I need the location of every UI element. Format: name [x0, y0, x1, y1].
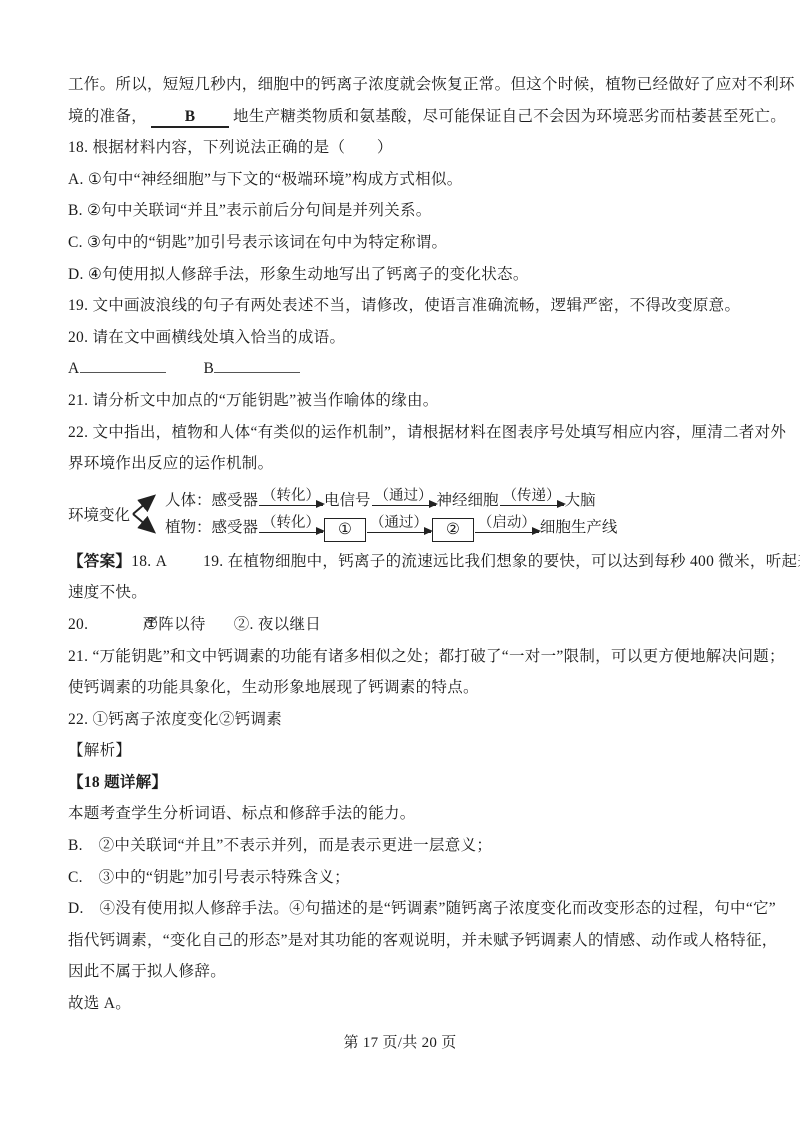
right-arrow-icon — [259, 505, 323, 506]
right-arrow-icon — [475, 532, 539, 533]
question-18-stem: 18. 根据材料内容，下列说法正确的是（ ） — [68, 132, 740, 164]
question-18-option-d: D. ④句使用拟人修辞手法，形象生动地写出了钙离子的变化状态。 — [68, 259, 740, 291]
arrow-convert: （转化） — [259, 516, 323, 538]
question-20-stem: 20. 请在文中画横线处填入恰当的成语。 — [68, 322, 740, 354]
analysis-option-d-line-1: D. ④没有使用拟人修辞手法。④句描述的是“钙调素”随钙离子浓度变化而改变形态的… — [68, 893, 740, 925]
answer-20: 20.①严阵以待②. 夜以继日 — [68, 609, 740, 641]
right-arrow-icon — [372, 505, 436, 506]
mechanism-diagram: 环境变化 人体：感受器 （转化） 电信号 （通过） 神经细胞 （传递） 大脑 — [68, 482, 740, 546]
question-20-blank-a-line — [80, 358, 166, 373]
question-19-stem: 19. 文中画波浪线的句子有两处表述不当，请修改，使语言准确流畅，逻辑严密，不得… — [68, 290, 740, 322]
diagram-box-1: ① — [324, 518, 366, 542]
diagram-human-row: 人体：感受器 （转化） 电信号 （通过） 神经细胞 （传递） 大脑 — [165, 489, 617, 511]
analysis-option-d-line-2: 指代钙调素，“变化自己的形态”是对其功能的客观说明，并未赋予钙调素人的情感、动作… — [68, 925, 740, 957]
answer-21-line-2: 使钙调素的功能具象化，生动形象地展现了钙调素的特点。 — [68, 672, 740, 704]
arrow-convert-label: （转化） — [259, 489, 323, 504]
analysis-option-d-line-3: 因此不属于拟人修辞。 — [68, 956, 740, 988]
analysis-option-c: C. ③中的“钥匙”加引号表示特殊含义； — [68, 862, 740, 894]
arrow-through: （通过） — [367, 516, 431, 538]
diagram-rows: 人体：感受器 （转化） 电信号 （通过） 神经细胞 （传递） 大脑 植物：感受器… — [165, 489, 617, 538]
analysis-intro: 本题考查学生分析词语、标点和修辞手法的能力。 — [68, 798, 740, 830]
question-20-blank-b-label: B — [204, 360, 215, 377]
diagram-plant-row: 植物：感受器 （转化） ① （通过） ② （启动） 细胞生产线 — [165, 516, 617, 538]
plant-sensor-label: 植物：感受器 — [165, 518, 258, 538]
answer-label: 【答案】 — [68, 553, 131, 570]
question-22-stem-line-2: 界环境作出反应的运作机制。 — [68, 448, 740, 480]
question-18-option-b: B. ②句中关联词“并且”表示前后分句间是并列关系。 — [68, 195, 740, 227]
human-sensor-label: 人体：感受器 — [165, 491, 258, 511]
diagram-box-2: ② — [432, 518, 474, 542]
arrow-convert: （转化） — [259, 489, 323, 511]
analysis-option-b: B. ②中关联词“并且”不表示并列，而是表示更进一层意义； — [68, 830, 740, 862]
answer-line-1: 【答案】18. A19. 在植物细胞中，钙离子的流速远比我们想象的要快，可以达到… — [68, 546, 740, 578]
analysis-q18-header: 【18 题详解】 — [68, 767, 740, 799]
passage-blank-b: B — [151, 108, 229, 128]
arrow-transmit-label: （传递） — [500, 489, 564, 504]
arrow-start-label: （启动） — [475, 516, 539, 531]
right-arrow-icon — [500, 505, 564, 506]
passage-line-2: 境的准备，B地生产糖类物质和氨基酸，尽可能保证自己不会因为环境恶劣而枯萎甚至死亡… — [68, 101, 740, 133]
question-20-blank-a-label: A — [68, 360, 80, 377]
page-indicator: 第 17 页/共 20 页 — [0, 1031, 800, 1052]
answer-20-number: 20. — [68, 616, 88, 633]
answer-20-item-2: ②. 夜以继日 — [234, 616, 321, 633]
answer-20-item-1-circle: ① — [144, 616, 158, 633]
passage-line-2-pre: 境的准备， — [68, 108, 147, 125]
question-18-option-a: A. ①句中“神经细胞”与下文的“极端环境”构成方式相似。 — [68, 164, 740, 196]
arrow-through-label: （通过） — [372, 489, 436, 504]
analysis-label: 【解析】 — [68, 735, 740, 767]
document-page: 工作。所以，短短几秒内，细胞中的钙离子浓度就会恢复正常。但这个时候，植物已经做好… — [0, 0, 800, 1020]
answer-19-line-2: 速度不快。 — [68, 577, 740, 609]
answer-19-line-1: 19. 在植物细胞中，钙离子的流速远比我们想象的要快，可以达到每秒 400 微米… — [203, 553, 800, 570]
arrow-transmit: （传递） — [500, 489, 564, 511]
question-22-stem-line-1: 22. 文中指出，植物和人体“有类似的运作机制”，请根据材料在图表序号处填写相应… — [68, 417, 740, 449]
branch-arrows-icon — [131, 487, 163, 541]
question-20-blanks: AB — [68, 353, 740, 385]
arrow-convert-label: （转化） — [259, 516, 323, 531]
question-18-option-c: C. ③句中的“钥匙”加引号表示该词在句中为特定称谓。 — [68, 227, 740, 259]
question-21-stem: 21. 请分析文中加点的“万能钥匙”被当作喻体的缘由。 — [68, 385, 740, 417]
arrow-through-label: （通过） — [367, 516, 431, 531]
answer-21-line-1: 21. “万能钥匙”和文中钙调素的功能有诸多相似之处；都打破了“一对一”限制，可… — [68, 641, 740, 673]
question-20-blank-b-line — [214, 358, 300, 373]
right-arrow-icon — [259, 532, 323, 533]
passage-line-2-post: 地生产糖类物质和氨基酸，尽可能保证自己不会因为环境恶劣而枯萎甚至死亡。 — [233, 108, 786, 125]
arrow-start: （启动） — [475, 516, 539, 538]
right-arrow-icon — [367, 532, 431, 533]
brain-label: 大脑 — [565, 491, 596, 511]
answer-22: 22. ①钙离子浓度变化②钙调素 — [68, 704, 740, 736]
nerve-cell-label: 神经细胞 — [437, 491, 499, 511]
arrow-through: （通过） — [372, 489, 436, 511]
analysis-conclusion: 故选 A。 — [68, 988, 740, 1020]
electric-signal-label: 电信号 — [324, 491, 371, 511]
answer-18: 18. A — [131, 553, 167, 570]
diagram-root-label: 环境变化 — [68, 503, 130, 525]
passage-line-1: 工作。所以，短短几秒内，细胞中的钙离子浓度就会恢复正常。但这个时候，植物已经做好… — [68, 69, 740, 101]
cell-production-line-label: 细胞生产线 — [540, 518, 618, 538]
